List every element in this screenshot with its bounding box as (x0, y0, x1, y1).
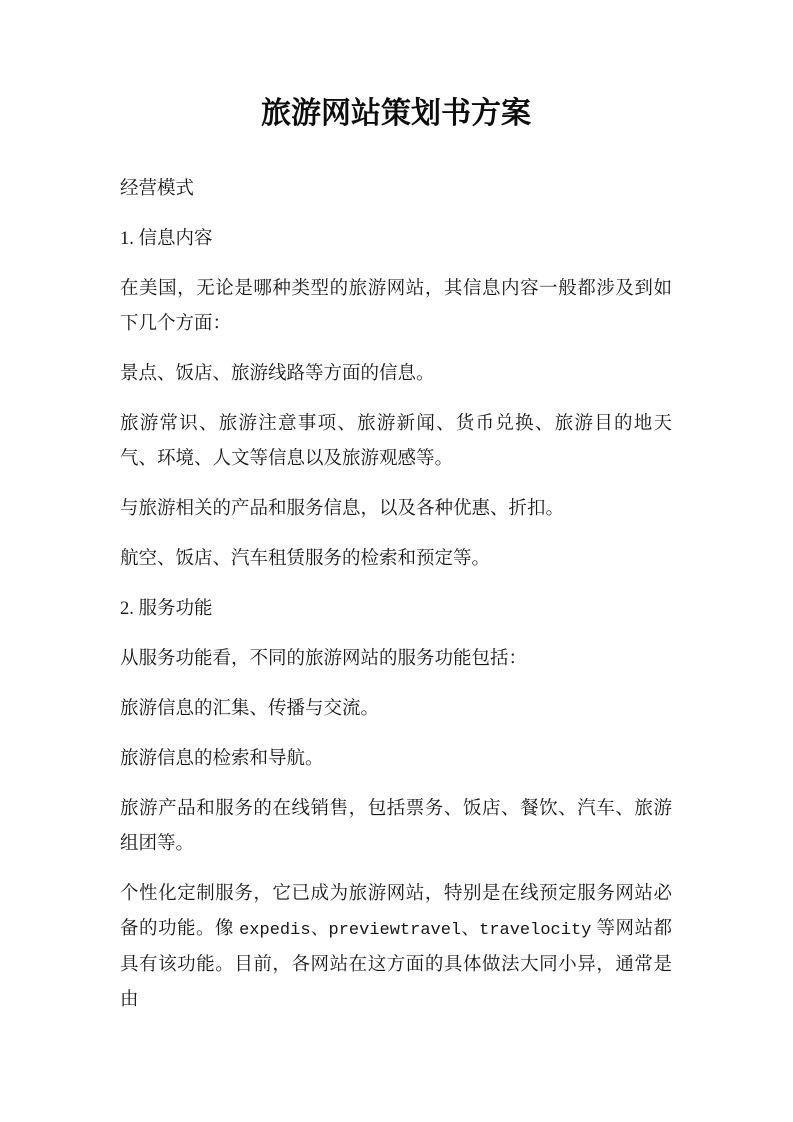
document-page: 旅游网站策划书方案 经营模式 1. 信息内容 在美国，无论是哪种类型的旅游网站，… (0, 0, 793, 1122)
paragraph-online-sales: 旅游产品和服务的在线销售，包括票务、饭店、餐饮、汽车、旅游组团等。 (120, 792, 672, 862)
website-names-text: expedis、previewtravel、travelocity (239, 921, 591, 940)
paragraph-section-1-heading: 1. 信息内容 (120, 222, 672, 257)
paragraph-info-aggregation: 旅游信息的汇集、传播与交流。 (120, 692, 672, 727)
paragraph-products-services-info: 与旅游相关的产品和服务信息，以及各种优惠、折扣。 (120, 492, 672, 527)
paragraph-section-2-heading: 2. 服务功能 (120, 592, 672, 627)
paragraph-service-functions-intro: 从服务功能看，不同的旅游网站的服务功能包括： (120, 642, 672, 677)
paragraph-business-model-heading: 经营模式 (120, 172, 672, 207)
paragraph-personalized-service: 个性化定制服务，它已成为旅游网站，特别是在线预定服务网站必备的功能。像 expe… (120, 877, 672, 1018)
paragraph-travel-knowledge-info: 旅游常识、旅游注意事项、旅游新闻、货币兑换、旅游目的地天气、环境、人文等信息以及… (120, 407, 672, 477)
paragraph-info-content-intro: 在美国，无论是哪种类型的旅游网站，其信息内容一般都涉及到如下几个方面： (120, 272, 672, 342)
paragraph-info-navigation: 旅游信息的检索和导航。 (120, 742, 672, 777)
document-title: 旅游网站策划书方案 (120, 96, 672, 132)
paragraph-booking-search-info: 航空、饭店、汽车租赁服务的检索和预定等。 (120, 542, 672, 577)
paragraph-attractions-info: 景点、饭店、旅游线路等方面的信息。 (120, 357, 672, 392)
